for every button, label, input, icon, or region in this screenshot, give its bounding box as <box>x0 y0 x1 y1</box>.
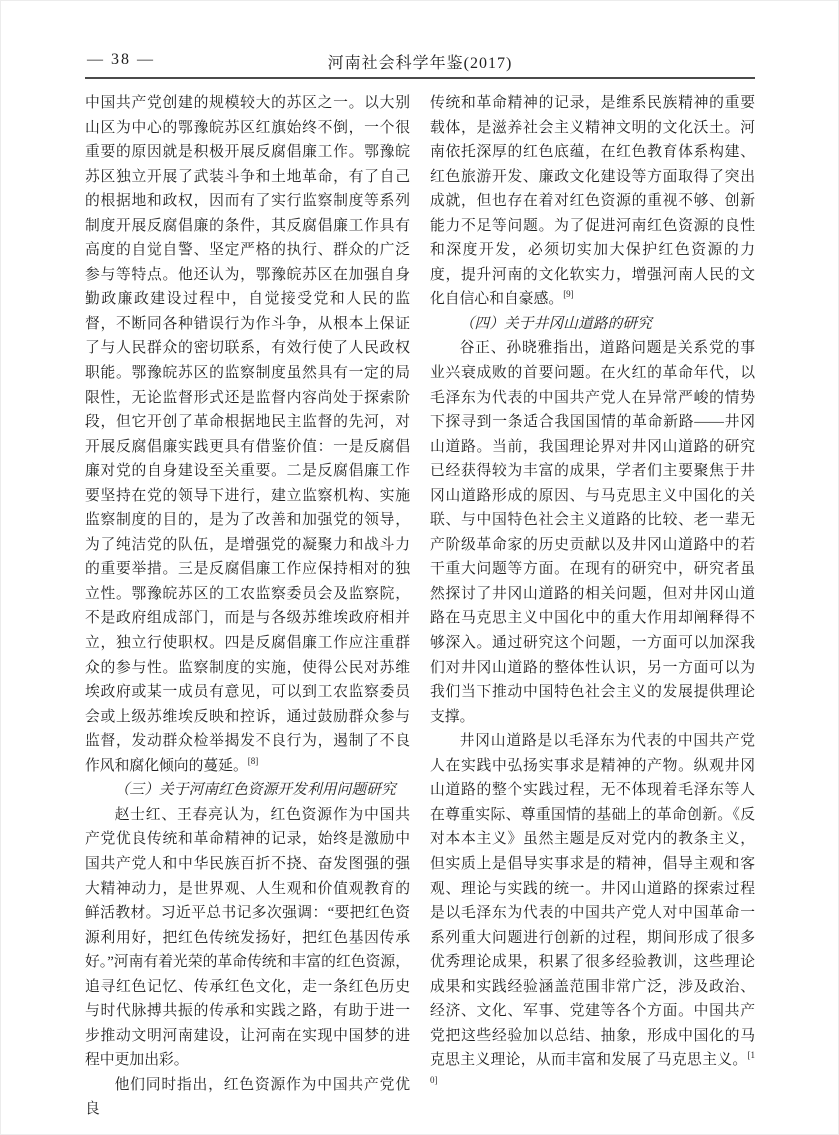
paragraph-continuation: 中国共产党创建的规模较大的苏区之一。以大别山区为中心的鄂豫皖苏区红旗始终不倒，一… <box>85 91 410 778</box>
footnote-ref-9: [9] <box>563 289 574 299</box>
footnote-ref-8: [8] <box>248 756 259 766</box>
left-column: 中国共产党创建的规模较大的苏区之一。以大别山区为中心的鄂豫皖苏区红旗始终不倒，一… <box>85 91 410 1122</box>
paragraph: 他们同时指出，红色资源作为中国共产党优良 <box>85 1073 410 1122</box>
running-title: 河南社会科学年鉴(2017) <box>85 50 755 73</box>
section-heading-four: （四）关于井冈山道路的研究 <box>430 312 755 337</box>
paragraph: 赵士红、王春亮认为，红色资源作为中国共产党优良传统和革命精神的记录，始终是激励中… <box>85 803 410 1073</box>
text-columns: 中国共产党创建的规模较大的苏区之一。以大别山区为中心的鄂豫皖苏区红旗始终不倒，一… <box>85 91 755 1122</box>
paragraph: 井冈山道路是以毛泽东为代表的中国共产党人在实践中弘扬实事求是精神的产物。纵观井冈… <box>430 729 755 1097</box>
page-number: — 38 — <box>87 51 155 69</box>
paragraph-text: 中国共产党创建的规模较大的苏区之一。以大别山区为中心的鄂豫皖苏区红旗始终不倒，一… <box>85 95 410 774</box>
yearbook-page: — 38 — 河南社会科学年鉴(2017) 中国共产党创建的规模较大的苏区之一。… <box>0 0 839 1135</box>
paragraph-continuation: 传统和革命精神的记录，是维系民族精神的重要载体，是滋养社会主义精神文明的文化沃土… <box>430 91 755 312</box>
paragraph: 谷正、孙晓雅指出，道路问题是关系党的事业兴衰成败的首要问题。在火红的革命年代，以… <box>430 336 755 729</box>
paragraph-text: 井冈山道路是以毛泽东为代表的中国共产党人在实践中弘扬实事求是精神的产物。纵观井冈… <box>430 733 755 1068</box>
page-header: — 38 — 河南社会科学年鉴(2017) <box>85 50 755 72</box>
right-column: 传统和革命精神的记录，是维系民族精神的重要载体，是滋养社会主义精神文明的文化沃土… <box>430 91 755 1122</box>
section-heading-three: （三）关于河南红色资源开发利用问题研究 <box>85 778 410 803</box>
header-rule <box>85 77 755 79</box>
paragraph-text: 传统和革命精神的记录，是维系民族精神的重要载体，是滋养社会主义精神文明的文化沃土… <box>430 95 755 307</box>
